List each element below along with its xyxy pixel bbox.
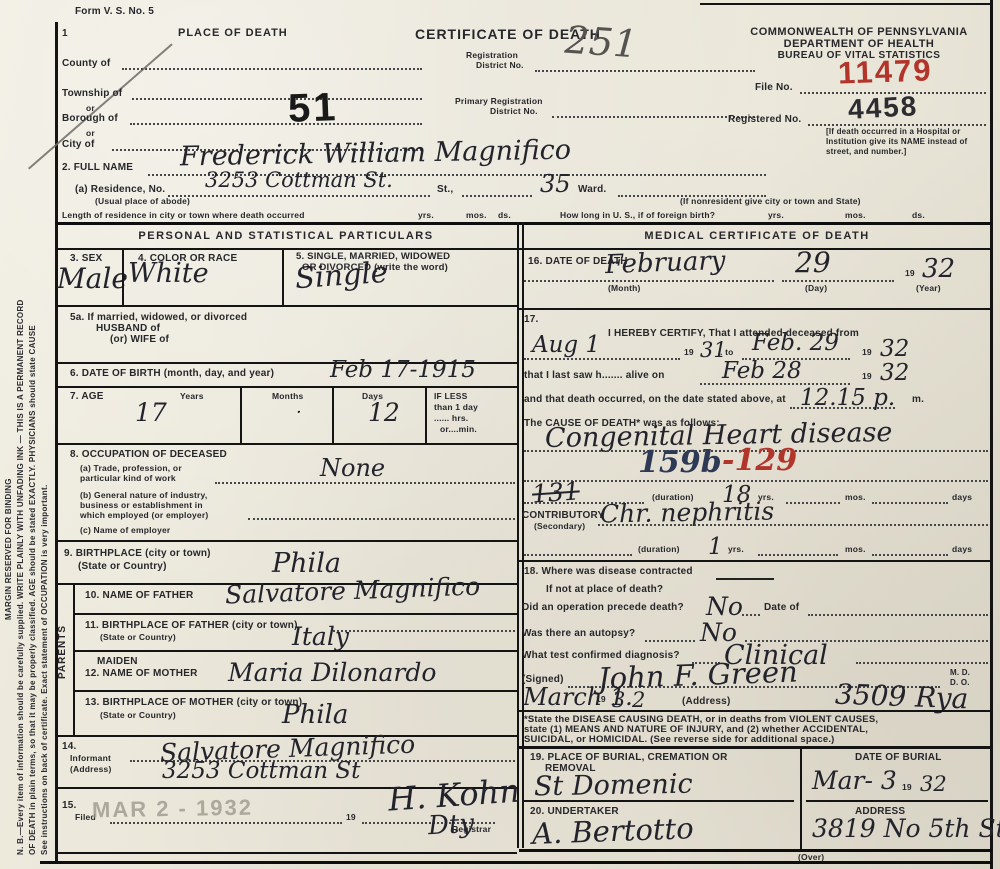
- rule-below-father-bp: [73, 650, 517, 652]
- occupation-a-value: None: [320, 454, 385, 482]
- place-of-death-heading: PLACE OF DEATH: [178, 27, 288, 39]
- contracted-short-line: [716, 578, 774, 580]
- rule-above-burial: [519, 746, 992, 749]
- duration2-line-c: [872, 552, 948, 556]
- length-mos: mos.: [466, 210, 487, 220]
- secondary-label: (Secondary): [534, 521, 585, 531]
- contributory-label: CONTRIBUTORY: [522, 510, 604, 521]
- burial-date-year: 32: [920, 772, 947, 796]
- left-column-bottom-rule: [55, 852, 517, 854]
- occupation-b-label-2: business or establishment in: [80, 500, 203, 510]
- registered-no-label: Registered No.: [728, 114, 801, 125]
- burial-box-divider: [800, 746, 802, 849]
- burial-place-underline: [524, 800, 794, 802]
- sex-color-divider: [122, 248, 124, 305]
- rule-below-occupation: [55, 540, 517, 542]
- father-birthplace-value: Italy: [292, 622, 349, 651]
- rule-below-dod: [519, 308, 992, 310]
- filed-19: 19: [346, 812, 356, 822]
- ward-blank-line: [462, 193, 532, 197]
- age-years-value: 17: [135, 398, 167, 427]
- parents-box-left-rule: [73, 583, 75, 735]
- birthplace-value: Phila: [272, 548, 341, 579]
- contributory-line: [598, 522, 988, 526]
- color-race-value: White: [128, 258, 209, 289]
- length-yrs: yrs.: [418, 210, 434, 220]
- contracted-label: 18. Where was disease contracted: [524, 566, 693, 577]
- howlong-label: How long in U. S., if of foreign birth?: [560, 210, 715, 220]
- to-label: . to: [720, 347, 734, 357]
- mother-birthplace-value: Phila: [282, 700, 348, 730]
- age-divider-3: [425, 386, 427, 443]
- last-saw-19: 19: [862, 371, 872, 381]
- time-m-label: m.: [912, 394, 924, 405]
- informant-address-value: 3253 Cottman St: [162, 758, 360, 784]
- informant-number: 14.: [62, 741, 77, 752]
- section-1-number: 1: [62, 28, 68, 39]
- signed-date-year: 3 2: [612, 688, 645, 712]
- operation-value: No: [706, 592, 743, 621]
- dod-day-value: 29: [795, 246, 831, 279]
- father-name-value: Salvatore Magnifico: [225, 572, 481, 610]
- cause-code-red: -129: [722, 443, 797, 478]
- mother-birthplace-label: 13. BIRTHPLACE OF MOTHER (city or town): [85, 697, 302, 708]
- father-name-label: 10. NAME OF FATHER: [85, 590, 193, 601]
- autopsy-dots-a: [645, 638, 695, 642]
- death-occurred-label: and that death occurred, on the date sta…: [524, 394, 786, 405]
- form-top-border: [700, 3, 992, 5]
- burial-date-label: DATE OF BURIAL: [855, 752, 942, 763]
- operation-date-of-label: Date of: [764, 602, 799, 613]
- personal-heading: PERSONAL AND STATISTICAL PARTICULARS: [55, 230, 517, 242]
- married-label-2: HUSBAND of: [96, 323, 160, 334]
- father-birthplace-line: [333, 628, 515, 632]
- father-birthplace-label: 11. BIRTHPLACE OF FATHER (city or town): [85, 620, 298, 631]
- occupation-a-label-1: (a) Trade, profession, or: [80, 463, 182, 473]
- ifless-line-2: than 1 day: [434, 402, 478, 412]
- township-label: Township of: [62, 88, 122, 99]
- county-label: County of: [62, 58, 110, 69]
- margin-note-nb: N. B.—Every item of information should b…: [16, 299, 25, 855]
- years-header: Years: [180, 391, 204, 401]
- district-51-stamp: 51: [287, 85, 339, 132]
- ifless-line-4: or....min.: [440, 424, 477, 434]
- city-label: City of: [62, 139, 95, 150]
- length-ds: ds.: [498, 210, 511, 220]
- form-number: Form V. S. No. 5: [75, 6, 154, 17]
- age-months-value: ·: [296, 402, 302, 423]
- to-19: 19: [862, 347, 872, 357]
- department-line: DEPARTMENT OF HEALTH: [728, 38, 990, 50]
- residence-blank-line: [168, 193, 430, 197]
- operation-dots: [742, 612, 760, 616]
- residence-label: (a) Residence, No.: [75, 184, 165, 195]
- medical-heading: MEDICAL CERTIFICATE OF DEATH: [522, 230, 992, 242]
- registration-label-2: District No.: [476, 60, 524, 70]
- nonresident-note: (If nonresident give city or town and St…: [680, 196, 861, 206]
- or-label-1: or: [86, 103, 95, 113]
- months-header: Months: [272, 391, 303, 401]
- county-blank-line: [122, 66, 422, 70]
- primary-registration-blank-line: [552, 114, 755, 118]
- street-label: St.,: [437, 184, 453, 195]
- dod-19: 19: [905, 268, 915, 278]
- borough-blank-line: [130, 121, 422, 125]
- dod-year-sub: (Year): [916, 283, 941, 293]
- contracted-sub-label: If not at place of death?: [546, 584, 663, 595]
- birthplace-label: 9. BIRTHPLACE (city or town): [64, 548, 211, 559]
- rule-below-mother: [73, 690, 517, 692]
- duration1-line-c: [872, 500, 948, 504]
- duration1-line-b: [786, 500, 840, 504]
- commonwealth-line: COMMONWEALTH OF PENNSYLVANIA: [728, 26, 990, 38]
- ward-label: Ward.: [578, 184, 606, 195]
- occupation-label: 8. OCCUPATION OF DECEASED: [70, 449, 227, 460]
- rule-below-signed: [519, 710, 992, 712]
- attended-from-value: Aug 1: [532, 332, 600, 358]
- primary-registration-label-1: Primary Registration: [455, 96, 543, 106]
- registered-no-stamp: 4458: [847, 90, 919, 126]
- residence-value: 3253 Cottman St.: [205, 168, 393, 192]
- father-birthplace-state-label: (State or Country): [100, 632, 176, 642]
- age-days-value: 12: [368, 398, 400, 427]
- last-saw-label: that I last saw h....... alive on: [524, 370, 665, 381]
- to-year-value: 32: [880, 336, 909, 362]
- autopsy-label: Was there an autopsy?: [522, 628, 635, 639]
- parents-label: PARENTS: [57, 625, 68, 679]
- burial-place-value: St Domenic: [534, 769, 693, 803]
- duration2-days: days: [952, 544, 972, 554]
- length-residence-label: Length of residence in city or town wher…: [62, 210, 305, 220]
- rule-below-contributory: [519, 560, 992, 562]
- abode-note: (Usual place of abode): [95, 196, 190, 206]
- duration1-days: days: [952, 492, 972, 502]
- from-19: 19: [684, 347, 694, 357]
- informant-address-label: (Address): [70, 764, 111, 774]
- ward-value: 35: [540, 170, 571, 198]
- md-label: M. D.: [950, 668, 970, 677]
- last-saw-value: Feb 28: [722, 358, 802, 384]
- hospital-note: [If death occurred in a Hospital or Inst…: [826, 127, 988, 157]
- howlong-yrs: yrs.: [768, 210, 784, 220]
- filed-line-1: [110, 820, 342, 824]
- operation-label: Did an operation precede death?: [522, 602, 684, 613]
- footnote-line-3: SUICIDAL, or HOMICIDAL. (See reverse sid…: [524, 734, 835, 745]
- duration2-line-b: [758, 552, 838, 556]
- burial-date-value: Mar- 3: [812, 766, 897, 795]
- full-name-value: Frederick William Magnifico: [180, 135, 572, 173]
- duration2-label: (duration): [638, 544, 680, 554]
- operation-date-line: [808, 612, 988, 616]
- registration-label-1: Registration: [466, 50, 518, 60]
- burial-label-1: 19. PLACE OF BURIAL, CREMATION OR: [530, 752, 728, 763]
- death-time-value: 12.15 p.: [800, 385, 895, 411]
- birthplace-state-label: (State or Country): [78, 561, 167, 572]
- township-blank-line: [132, 96, 422, 100]
- howlong-mos: mos.: [845, 210, 866, 220]
- mother-name-value: Maria Dilonardo: [228, 658, 436, 687]
- margin-note-binding: MARGIN RESERVED FOR BINDING: [4, 478, 13, 620]
- rule-below-age: [55, 443, 517, 445]
- column-divider-outer: [517, 222, 519, 848]
- registrar-label: Registrar: [452, 824, 491, 834]
- dod-day-sub: (Day): [805, 283, 827, 293]
- burial-date-19: 19: [902, 782, 912, 792]
- file-no-label: File No.: [755, 82, 793, 93]
- ifless-line-1: IF LESS: [434, 391, 468, 401]
- dob-value: Feb 17-1915: [330, 357, 476, 383]
- registration-district-value: 251: [564, 18, 639, 67]
- dod-month-sub: (Month): [608, 283, 641, 293]
- undertaker-signature: A. Bertotto: [531, 811, 694, 851]
- borough-label: Borough of: [62, 113, 118, 124]
- undertaker-address-value: 3819 No 5th St: [812, 814, 1000, 843]
- burial-box-bottom-rule: [519, 849, 992, 852]
- dod-month-value: February: [605, 246, 726, 280]
- mother-name-label: 12. NAME OF MOTHER: [85, 668, 198, 679]
- attended-to-value: Feb. 29: [752, 330, 839, 356]
- maiden-label: MAIDEN: [97, 656, 138, 667]
- dod-month-line: [524, 278, 774, 282]
- occupation-b-label-1: (b) General nature of industry,: [80, 490, 207, 500]
- cause-line-2: [524, 478, 988, 482]
- informant-label: Informant: [70, 753, 111, 763]
- mother-birthplace-state-label: (State or Country): [100, 710, 176, 720]
- age-label: 7. AGE: [70, 391, 104, 402]
- howlong-ds: ds.: [912, 210, 925, 220]
- burial-date-underline: [806, 800, 988, 802]
- duration2-line-a: [524, 552, 632, 556]
- form-bottom-border: [40, 861, 992, 864]
- color-marital-divider: [282, 248, 284, 305]
- over-label: (Over): [798, 852, 824, 862]
- filed-number: 15.: [62, 800, 77, 811]
- form-right-border: [990, 0, 993, 869]
- marital-value: Single: [294, 255, 389, 295]
- ifless-line-3: ...... hrs.: [434, 413, 468, 423]
- duration1-mos: mos.: [845, 492, 866, 502]
- test-dots-b: [856, 660, 988, 664]
- attended-from-line: [524, 356, 680, 360]
- occupation-b-label-3: which employed (or employer): [80, 510, 208, 520]
- margin-note-instructions: See instructions on back of certificate.…: [40, 485, 49, 855]
- occupation-a-label-2: particular kind of work: [80, 473, 176, 483]
- registration-blank-line: [535, 68, 755, 72]
- address-label: (Address): [682, 696, 730, 707]
- file-no-stamp: 11479: [837, 52, 933, 91]
- rule-below-sex-row: [55, 305, 517, 307]
- dob-label: 6. DATE OF BIRTH (month, day, and year): [70, 368, 274, 379]
- occupation-b-line: [248, 516, 515, 520]
- age-divider-2: [332, 386, 334, 443]
- rule-below-father: [73, 613, 517, 615]
- occupation-c-label: (c) Name of employer: [80, 525, 170, 535]
- rule-below-dob: [55, 386, 517, 388]
- married-label-3: (or) WIFE of: [110, 334, 169, 345]
- certify-number: 17.: [524, 314, 539, 325]
- full-name-label: 2. FULL NAME: [62, 162, 133, 173]
- age-divider-1: [240, 386, 242, 443]
- dod-year-value: 32: [922, 254, 955, 284]
- duration2-value: 1: [708, 534, 723, 560]
- or-label-2: or: [86, 128, 95, 138]
- married-label-1: 5a. If married, widowed, or divorced: [70, 312, 247, 323]
- duration2-yrs: yrs.: [728, 544, 744, 554]
- duration2-mos: mos.: [845, 544, 866, 554]
- last-saw-year-value: 32: [880, 360, 909, 386]
- death-certificate-scan: MARGIN RESERVED FOR BINDING N. B.—Every …: [0, 0, 1000, 869]
- primary-registration-label-2: District No.: [490, 106, 538, 116]
- sex-value: Male: [57, 262, 128, 295]
- margin-note-cause: OF DEATH in plain terms, so that it may …: [28, 325, 37, 855]
- signed-date-19: 19: [596, 694, 606, 704]
- cause-code-blue: 159b: [638, 445, 722, 480]
